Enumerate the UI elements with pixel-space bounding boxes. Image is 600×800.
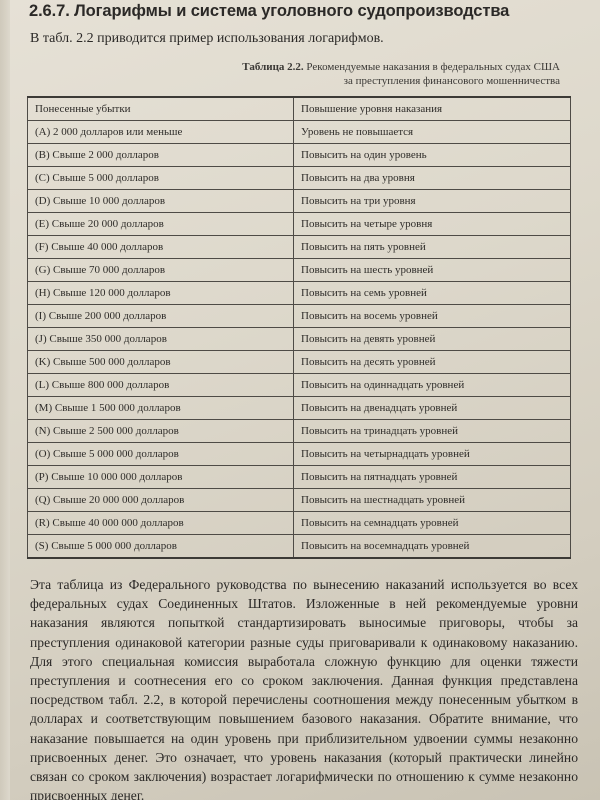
cell-penalty-increase: Повысить на семнадцать уровней — [294, 512, 571, 535]
cell-penalty-increase: Повысить на один уровень — [294, 144, 571, 167]
table-caption: Таблица 2.2. Рекомендуемые наказания в ф… — [242, 60, 560, 88]
cell-penalty-increase: Повысить на девять уровней — [294, 328, 571, 351]
cell-penalty-increase: Повысить на три уровня — [294, 190, 571, 213]
table-row: (B) Свыше 2 000 долларовПовысить на один… — [28, 144, 571, 167]
cell-losses: (E) Свыше 20 000 долларов — [28, 213, 294, 236]
cell-losses: (G) Свыше 70 000 долларов — [28, 259, 294, 282]
cell-penalty-increase: Повысить на два уровня — [294, 167, 571, 190]
cell-penalty-increase: Повысить на одиннадцать уровней — [294, 374, 571, 397]
cell-losses: (Q) Свыше 20 000 000 долларов — [28, 489, 294, 512]
facing-page-edge — [0, 0, 10, 800]
cell-losses: (R) Свыше 40 000 000 долларов — [28, 512, 294, 535]
cell-losses: (D) Свыше 10 000 долларов — [28, 190, 294, 213]
cell-losses: (H) Свыше 120 000 долларов — [28, 282, 294, 305]
table-row: (R) Свыше 40 000 000 долларовПовысить на… — [28, 512, 571, 535]
cell-losses: (S) Свыше 5 000 000 долларов — [28, 535, 294, 559]
table-row: (C) Свыше 5 000 долларовПовысить на два … — [28, 167, 571, 190]
penalty-table: Понесенные убытки Повышение уровня наказ… — [27, 96, 571, 559]
cell-penalty-increase: Повысить на пять уровней — [294, 236, 571, 259]
cell-losses: (C) Свыше 5 000 долларов — [28, 167, 294, 190]
cell-losses: (M) Свыше 1 500 000 долларов — [28, 397, 294, 420]
table-row: (I) Свыше 200 000 долларовПовысить на во… — [28, 305, 571, 328]
cell-penalty-increase: Повысить на восемнадцать уровней — [294, 535, 571, 559]
caption-label: Таблица 2.2. — [242, 61, 303, 73]
table-row: (J) Свыше 350 000 долларовПовысить на де… — [28, 328, 571, 351]
table-row: (A) 2 000 долларов или меньшеУровень не … — [28, 121, 571, 144]
cell-penalty-increase: Повысить на шесть уровней — [294, 259, 571, 282]
cell-losses: (P) Свыше 10 000 000 долларов — [28, 466, 294, 489]
cell-penalty-increase: Повысить на десять уровней — [294, 351, 571, 374]
cell-losses: (K) Свыше 500 000 долларов — [28, 351, 294, 374]
cell-losses: (I) Свыше 200 000 долларов — [28, 305, 294, 328]
cell-penalty-increase: Повысить на восемь уровней — [294, 305, 571, 328]
cell-penalty-increase: Повысить на двенадцать уровней — [294, 397, 571, 420]
cell-losses: (N) Свыше 2 500 000 долларов — [28, 420, 294, 443]
cell-penalty-increase: Повысить на тринадцать уровней — [294, 420, 571, 443]
header-losses: Понесенные убытки — [28, 97, 294, 121]
table-row: (E) Свыше 20 000 долларовПовысить на чет… — [28, 213, 571, 236]
table-row: (G) Свыше 70 000 долларовПовысить на шес… — [28, 259, 571, 282]
cell-losses: (J) Свыше 350 000 долларов — [28, 328, 294, 351]
table-row: (S) Свыше 5 000 000 долларовПовысить на … — [28, 535, 571, 559]
cell-losses: (A) 2 000 долларов или меньше — [28, 121, 294, 144]
caption-line-2: за преступления финансового мошенничеств… — [242, 74, 560, 88]
table-row: (L) Свыше 800 000 долларовПовысить на од… — [28, 374, 571, 397]
table-row: (N) Свыше 2 500 000 долларовПовысить на … — [28, 420, 571, 443]
caption-title: Рекомендуемые наказания в федеральных су… — [306, 61, 560, 73]
table-row: (F) Свыше 40 000 долларовПовысить на пят… — [28, 236, 571, 259]
cell-losses: (B) Свыше 2 000 долларов — [28, 144, 294, 167]
body-paragraph: Эта таблица из Федерального руководства … — [30, 575, 578, 800]
cell-losses: (F) Свыше 40 000 долларов — [28, 236, 294, 259]
cell-penalty-increase: Повысить на четырнадцать уровней — [294, 443, 571, 466]
table-row: (O) Свыше 5 000 000 долларовПовысить на … — [28, 443, 571, 466]
body-text: Эта таблица из Федерального руководства … — [30, 575, 578, 800]
cell-penalty-increase: Повысить на семь уровней — [294, 282, 571, 305]
intro-sentence: В табл. 2.2 приводится пример использова… — [30, 31, 384, 47]
table-row: (Q) Свыше 20 000 000 долларовПовысить на… — [28, 489, 571, 512]
header-penalty-increase: Повышение уровня наказания — [294, 97, 571, 121]
table-header-row: Понесенные убытки Повышение уровня наказ… — [28, 97, 571, 121]
cell-penalty-increase: Уровень не повышается — [294, 121, 571, 144]
cell-losses: (L) Свыше 800 000 долларов — [28, 374, 294, 397]
section-heading: 2.6.7. Логарифмы и система уголовного су… — [29, 2, 509, 21]
cell-penalty-increase: Повысить на пятнадцать уровней — [294, 466, 571, 489]
caption-line-1: Таблица 2.2. Рекомендуемые наказания в ф… — [242, 60, 560, 74]
table-row: (K) Свыше 500 000 долларовПовысить на де… — [28, 351, 571, 374]
table-row: (P) Свыше 10 000 000 долларовПовысить на… — [28, 466, 571, 489]
table-row: (M) Свыше 1 500 000 долларовПовысить на … — [28, 397, 571, 420]
table-body: (A) 2 000 долларов или меньшеУровень не … — [28, 121, 571, 559]
table-row: (D) Свыше 10 000 долларовПовысить на три… — [28, 190, 571, 213]
cell-losses: (O) Свыше 5 000 000 долларов — [28, 443, 294, 466]
cell-penalty-increase: Повысить на шестнадцать уровней — [294, 489, 571, 512]
table-row: (H) Свыше 120 000 долларовПовысить на се… — [28, 282, 571, 305]
cell-penalty-increase: Повысить на четыре уровня — [294, 213, 571, 236]
